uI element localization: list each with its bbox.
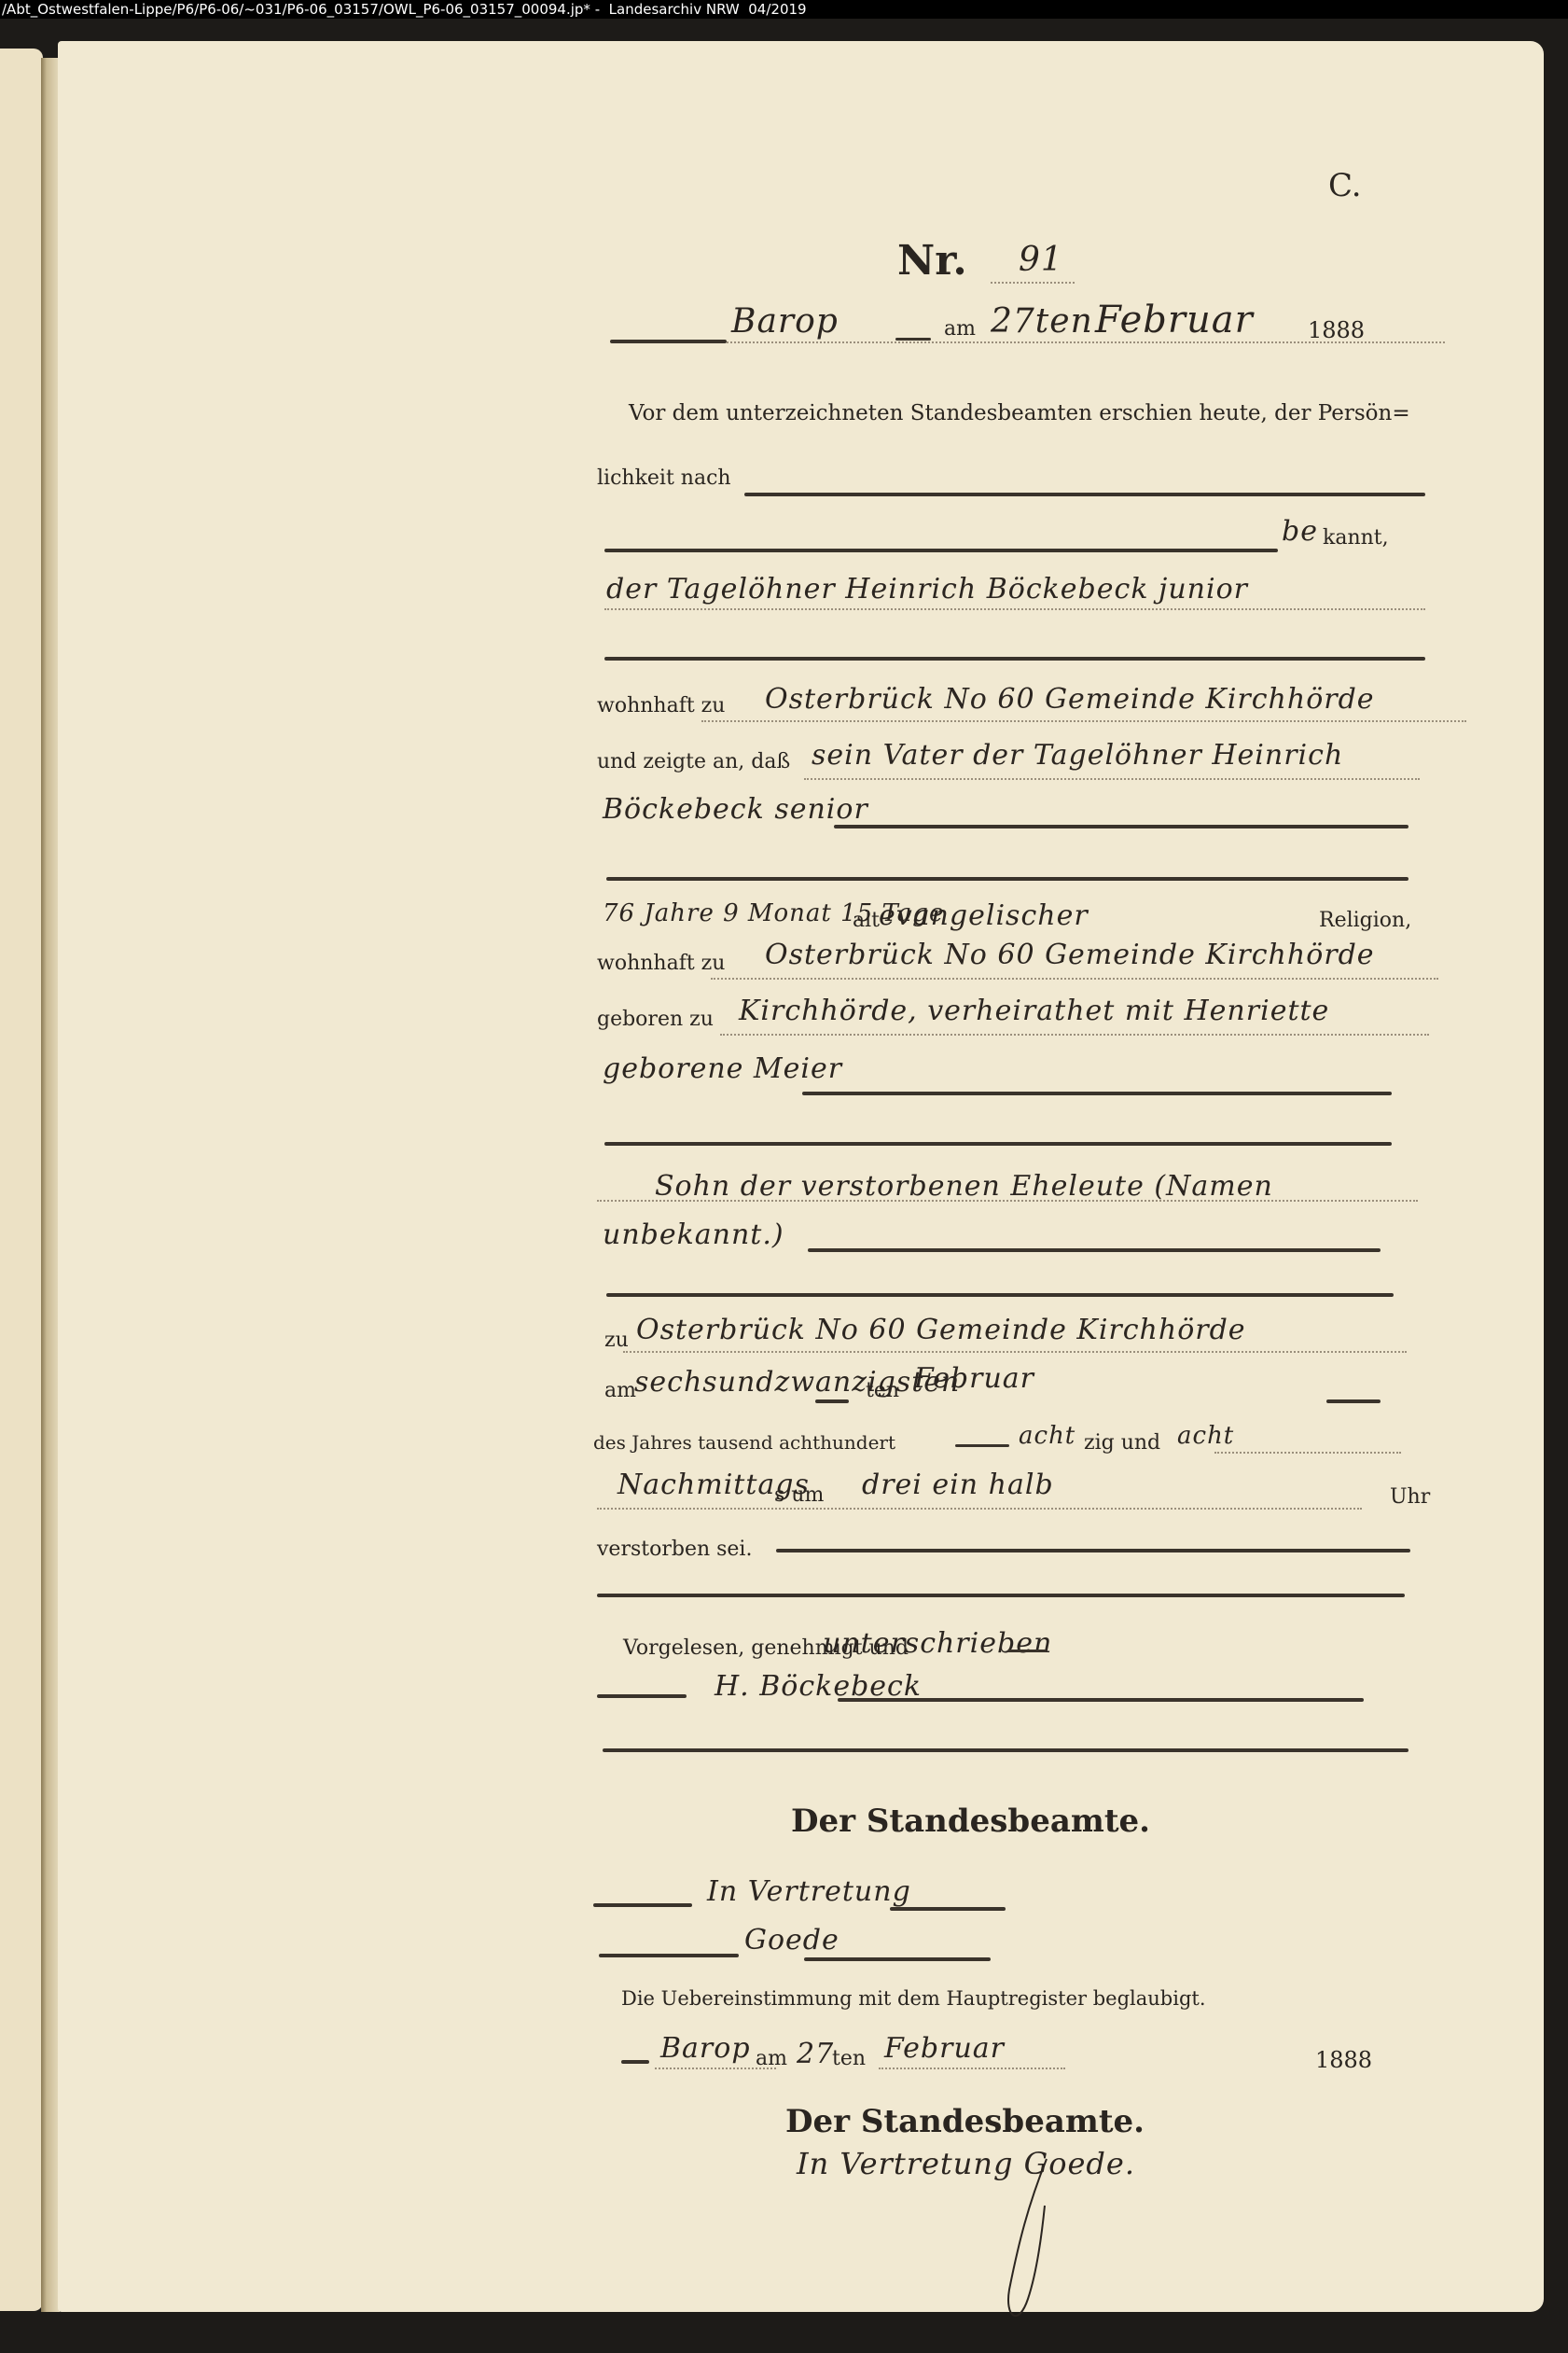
cert-place: Barop [660,2032,751,2065]
deceased-residence-label: wohnhaft zu [597,952,725,975]
death-date-label: am [604,1379,636,1402]
rule [597,1594,1405,1597]
age-suffix: alt [853,909,880,932]
rule [838,1698,1364,1702]
rule [744,493,1425,496]
informant-residence-label: wohnhaft zu [597,694,725,717]
rule [610,340,727,343]
parents-line-1: Sohn der verstorbenen Eheleute (Namen [655,1170,1273,1203]
rule [604,1142,1392,1146]
year-label: des Jahres tausend achthundert [593,1431,895,1454]
religion-label: Religion, [1319,909,1411,932]
announce-line-1: sein Vater der Tagelöhner Heinrich [812,739,1343,772]
bekannt-prefix: be [1282,515,1318,548]
death-time: drei ein halb [862,1469,1054,1501]
um-label: s um [774,1483,824,1507]
dotline [720,1034,1429,1036]
death-place: Osterbrück No 60 Gemeinde Kirchhörde [636,1314,1246,1346]
rule [808,1248,1381,1252]
rule [606,877,1408,881]
registrar-signature-line-2: Goede [744,1924,840,1956]
rule [802,1092,1392,1095]
informant-name: der Tagelöhner Heinrich Böckebeck junior [606,573,1248,606]
header-day: 27ten [991,302,1093,341]
dotline [597,1200,1418,1202]
dotline [701,720,1466,722]
cert-year: 1888 [1315,2047,1372,2073]
dotline [879,2068,1065,2069]
header-month: Februar [1095,299,1254,341]
death-day: sechsundzwanzigsten [634,1366,960,1399]
rule [890,1907,1006,1911]
rule [1007,1650,1047,1652]
ten-label: ten [866,1379,899,1402]
dotline [623,1351,1407,1353]
intro-line-1: Vor dem unterzeichneten Standesbeamten e… [629,401,1410,425]
registrar-signature-line-1: In Vertretung [707,1875,911,1908]
cert-ten: ten [832,2047,866,2070]
rule [606,1293,1394,1297]
signature-flourish [991,2150,1075,2336]
dotline [804,778,1420,780]
zig-und-label: zig und [1084,1431,1160,1455]
cert-am: am [756,2047,787,2070]
dotline [597,1508,1362,1510]
dotline [711,978,1438,980]
announce-label: und zeigte an, daß [597,750,790,773]
registrar-signature-2: In Vertretung Goede. [797,2146,1135,2181]
parents-line-2: unbekannt.) [603,1218,784,1251]
rule [955,1444,1009,1447]
number-label: Nr. [897,237,967,285]
died-label: verstorben sei. [597,1538,752,1561]
header-am: am [944,317,976,341]
uhr-label: Uhr [1390,1485,1430,1509]
header-year: 1888 [1308,317,1365,343]
read-value: unterschrieben [823,1627,1052,1660]
rule [1326,1399,1381,1403]
rule [804,1957,991,1961]
cert-month: Februar [884,2032,1005,2065]
header-place: Barop [731,302,839,341]
rule [597,1694,687,1698]
dotline [604,608,1425,610]
born-label: geboren zu [597,1008,714,1031]
form-letter: C. [1328,167,1362,204]
death-certificate-page: C. Nr. 91 Barop am 27ten Februar 1888 Vo… [58,41,1544,2312]
death-place-label: zu [604,1329,629,1352]
registrar-title-2: Der Standesbeamte. [785,2103,1145,2140]
rule [603,1748,1408,1752]
death-month: Februar [914,1362,1034,1395]
viewer-path-bar: /Abt_Ostwestfalen-Lippe/P6/P6-06/~031/P6… [0,0,1568,19]
deceased-residence: Osterbrück No 60 Gemeinde Kirchhörde [765,939,1375,971]
number-dotline [991,282,1075,284]
rule [834,825,1408,828]
rule [776,1549,1410,1552]
intro-line-2-label: lichkeit nach [597,466,731,490]
rule [604,657,1425,661]
registrar-title: Der Standesbeamte. [791,1803,1150,1840]
rule [895,338,931,341]
born-place: Kirchhörde, verheirathet mit Henriette [739,995,1329,1027]
certification-text: Die Uebereinstimmung mit dem Hauptregist… [621,1987,1206,2010]
year-units: acht [1177,1422,1234,1450]
book-gutter [41,58,60,2312]
rule [621,2060,649,2064]
year-tens: acht [1019,1422,1075,1450]
dotline [1214,1452,1401,1454]
announce-line-2: Böckebeck senior [603,793,868,826]
rule [815,1399,849,1403]
bekannt-suffix: kannt, [1323,526,1389,550]
rule [593,1903,692,1907]
spouse-maiden-name: geborene Meier [603,1052,842,1085]
religion-value: evangelischer [879,899,1089,932]
cert-day: 27 [797,2038,834,2070]
rule [599,1954,739,1957]
certificate-number: 91 [1019,241,1063,279]
informant-residence: Osterbrück No 60 Gemeinde Kirchhörde [765,683,1375,716]
rule [604,549,1278,552]
left-page-edge [0,49,43,2311]
